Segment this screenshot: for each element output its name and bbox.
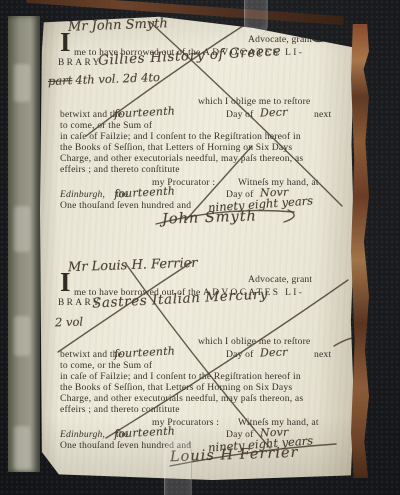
date-day-handwritten: fourteenth — [114, 424, 176, 440]
ghost-text-mark — [14, 426, 30, 470]
betwixt-label: betwixt and the — [60, 109, 122, 120]
day-of-label: Day of — [226, 349, 254, 360]
conservation-strap-bottom — [164, 440, 192, 495]
printed-sum-line: to come, or the Sum of — [60, 120, 152, 131]
printed-year-line: One thouſand ſeven hundred and — [60, 200, 191, 211]
borrowing-form-1: Mr John Smyth I Advocate, grant me to ha… — [40, 16, 354, 246]
return-day-handwritten: fourteenth — [114, 104, 176, 120]
return-month-handwritten: Decr — [260, 106, 288, 120]
detail-text: 2 vol — [55, 314, 84, 329]
detail-text: 4th vol. 2d 4to — [75, 70, 160, 87]
edinburgh-label: Edinburgh, — [60, 189, 105, 200]
printed-grant-label: Advocate, grant — [248, 274, 312, 285]
betwixt-label: betwixt and the — [60, 349, 122, 360]
ghost-text-mark — [14, 206, 30, 252]
ghost-text-mark — [14, 316, 30, 356]
return-month-handwritten: Decr — [260, 346, 288, 360]
printed-sum-line: to come, or the Sum of — [60, 360, 152, 371]
book-detail-handwritten: 2 vol — [52, 314, 84, 329]
printed-charge-line: Charge, and other executorials needful, … — [60, 153, 303, 164]
printed-books-line: the Books of Seſſion, that Letters of Ho… — [60, 382, 292, 393]
conservation-strap-top — [244, 0, 268, 36]
printed-oblige-line: which I oblige me to reſtore — [198, 96, 310, 107]
next-label: next — [314, 109, 331, 120]
drop-cap-initial: I — [60, 269, 71, 295]
date-day-handwritten: fourteenth — [114, 184, 176, 200]
binding-leather-edge — [351, 24, 369, 478]
printed-failzie-line: in caſe of Failzie; and I conſent to the… — [60, 131, 301, 142]
next-label: next — [314, 349, 331, 360]
edinburgh-label: Edinburgh, — [60, 429, 105, 440]
library-name-cont: BRARY — [58, 58, 102, 68]
printed-oblige-line: which I oblige me to reſtore — [198, 336, 310, 347]
book-detail-handwritten: part4th vol. 2d 4to — [48, 70, 160, 88]
borrowing-form-2: Mr Louis H. Ferrier I Advocate, grant me… — [40, 256, 354, 486]
struck-word: part — [48, 73, 73, 88]
drop-cap-initial: I — [60, 29, 71, 55]
book-photo: 8. Mr John Smyth I Advocate, grant me to… — [0, 0, 400, 495]
borrower-name-handwritten: Mr Louis H. Ferrier — [68, 256, 198, 276]
return-day-handwritten: fourteenth — [114, 344, 176, 360]
manuscript-page: 8. Mr John Smyth I Advocate, grant me to… — [40, 14, 354, 480]
printed-failzie-line: in caſe of Failzie; and I conſent to the… — [60, 371, 301, 382]
facing-page-sliver — [8, 16, 40, 472]
printed-effeirs-line: effeirs ; and thereto conſtitute — [60, 164, 180, 175]
borrower-name-handwritten: Mr John Smyth — [68, 16, 168, 34]
borrower-signature: John Smyth — [162, 208, 257, 227]
printed-charge-line: Charge, and other executorials needful, … — [60, 393, 303, 404]
ghost-text-mark — [14, 64, 30, 102]
printed-books-line: the Books of Seſſion, that Letters of Ho… — [60, 142, 292, 153]
printed-effeirs-line: effeirs ; and thereto conſtitute — [60, 404, 180, 415]
day-of-label: Day of — [226, 109, 254, 120]
